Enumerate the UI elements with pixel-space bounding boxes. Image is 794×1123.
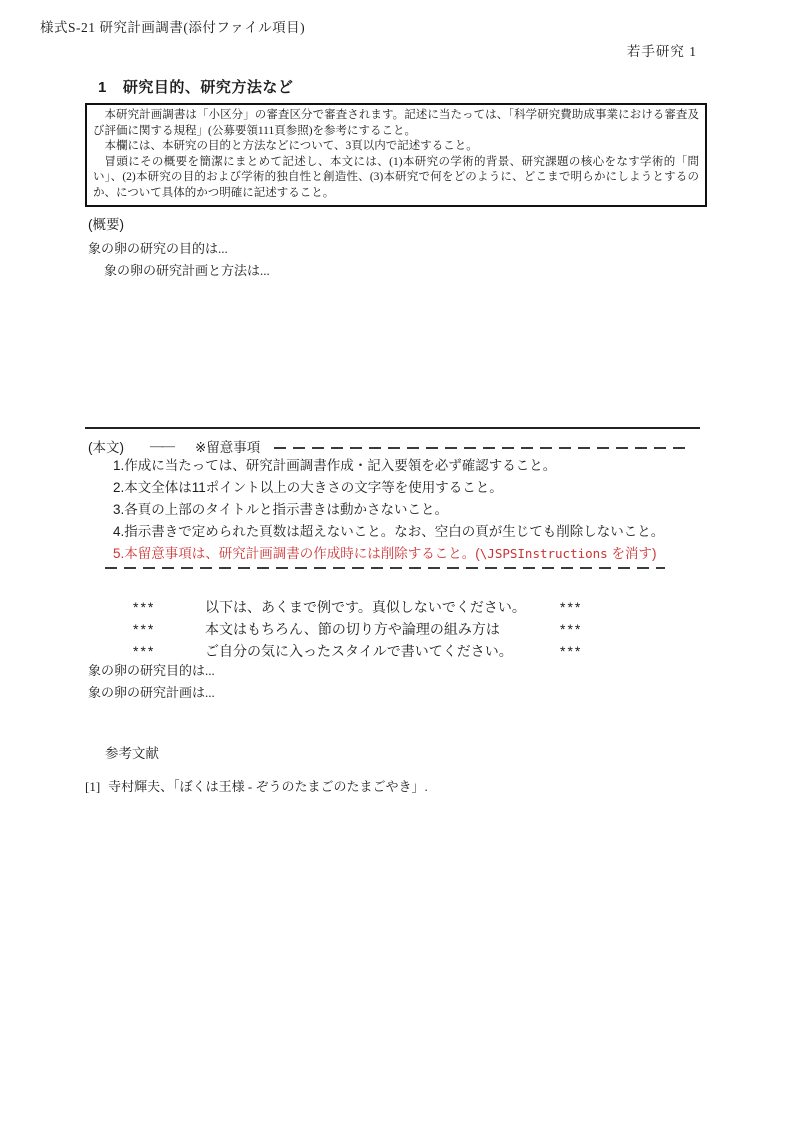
note-item: 1.作成に当たっては、研究計画調書作成・記入要領を必ず確認すること。 bbox=[113, 455, 664, 477]
note-red-text: 5.本留意事項は、研究計画調書の作成時には削除すること。 bbox=[113, 546, 475, 561]
section-heading: 1研究目的、研究方法など bbox=[98, 76, 293, 97]
instruction-paragraph: 本研究計画調書は「小区分」の審査区分で審査されます。記述に当たっては、「科学研究… bbox=[93, 108, 699, 139]
body-text-block: 象の卵の研究目的は... 象の卵の研究計画は... bbox=[88, 660, 215, 704]
instruction-box: 本研究計画調書は「小区分」の審査区分で審査されます。記述に当たっては、「科学研究… bbox=[85, 103, 707, 207]
overview-line: 象の卵の研究計画と方法は... bbox=[104, 260, 270, 282]
honbun-label: (本文) bbox=[88, 436, 124, 456]
overview-block: (概要) 象の卵の研究の目的は... 象の卵の研究計画と方法は... bbox=[88, 214, 270, 282]
stars-left: *** bbox=[133, 618, 185, 640]
references-heading: 参考文献 bbox=[105, 742, 159, 762]
body-line: 象の卵の研究計画は... bbox=[88, 682, 215, 704]
instruction-paragraph: 冒頭にその概要を簡潔にまとめて記述し、本文には、(1)本研究の学術的背景、研究課… bbox=[93, 155, 699, 202]
reference-label: [1] bbox=[85, 779, 100, 794]
stars-left: *** bbox=[133, 640, 185, 662]
instruction-paragraph: 本欄には、本研究の目的と方法などについて、3頁以内で記述すること。 bbox=[93, 139, 699, 155]
note-item-delete-instruction: 5.本留意事項は、研究計画調書の作成時には削除すること。(\JSPSInstru… bbox=[113, 543, 664, 565]
dash-decoration: ―― bbox=[150, 438, 173, 454]
notes-list: 1.作成に当たっては、研究計画調書作成・記入要領を必ず確認すること。 2.本文全… bbox=[113, 455, 664, 565]
example-note-row: *** 以下は、あくまで例です。真似しないでください。 *** bbox=[133, 596, 582, 618]
notes-title: ※留意事項 bbox=[195, 436, 260, 456]
category-label: 若手研究 1 bbox=[627, 40, 697, 60]
section-title: 研究目的、研究方法など bbox=[123, 79, 294, 96]
form-title: 様式S-21 研究計画調書(添付ファイル項目) bbox=[40, 16, 305, 36]
reference-item: [1]寺村輝夫、「ぼくは王様 - ぞうのたまごのたまごやき」. bbox=[85, 776, 428, 795]
latex-command: \JSPSInstructions bbox=[480, 546, 608, 561]
reference-text: 寺村輝夫、「ぼくは王様 - ぞうのたまごのたまごやき」. bbox=[108, 779, 428, 794]
stars-right: *** bbox=[560, 618, 582, 640]
honbun-header-line: (本文) ―― ※留意事項 bbox=[88, 436, 690, 456]
stars-right: *** bbox=[560, 596, 582, 618]
example-text: ご自分の気に入ったスタイルで書いてください。 bbox=[205, 640, 560, 662]
note-item: 4.指示書きで定められた頁数は超えないこと。なお、空白の頁が生じても削除しないこ… bbox=[113, 521, 664, 543]
note-item: 2.本文全体は11ポイント以上の大きさの文字等を使用すること。 bbox=[113, 477, 664, 499]
dashed-rule bbox=[274, 447, 690, 449]
example-text: 本文はもちろん、節の切り方や論理の組み方は bbox=[205, 618, 560, 640]
example-note-row: *** 本文はもちろん、節の切り方や論理の組み方は *** bbox=[133, 618, 582, 640]
body-line: 象の卵の研究目的は... bbox=[88, 660, 215, 682]
example-text: 以下は、あくまで例です。真似しないでください。 bbox=[205, 596, 560, 618]
stars-right: *** bbox=[560, 640, 582, 662]
section-number: 1 bbox=[98, 79, 107, 96]
example-note-row: *** ご自分の気に入ったスタイルで書いてください。 *** bbox=[133, 640, 582, 662]
document-page: 様式S-21 研究計画調書(添付ファイル項目) 若手研究 1 1研究目的、研究方… bbox=[0, 0, 794, 1123]
note-item: 3.各頁の上部のタイトルと指示書きは動かさないこと。 bbox=[113, 499, 664, 521]
overview-label: (概要) bbox=[88, 214, 270, 236]
dashed-rule bbox=[105, 567, 665, 569]
paren-close: を消す) bbox=[608, 546, 657, 561]
overview-line: 象の卵の研究の目的は... bbox=[88, 238, 270, 260]
horizontal-rule bbox=[85, 427, 700, 429]
stars-left: *** bbox=[133, 596, 185, 618]
example-note-block: *** 以下は、あくまで例です。真似しないでください。 *** *** 本文はも… bbox=[133, 596, 582, 662]
